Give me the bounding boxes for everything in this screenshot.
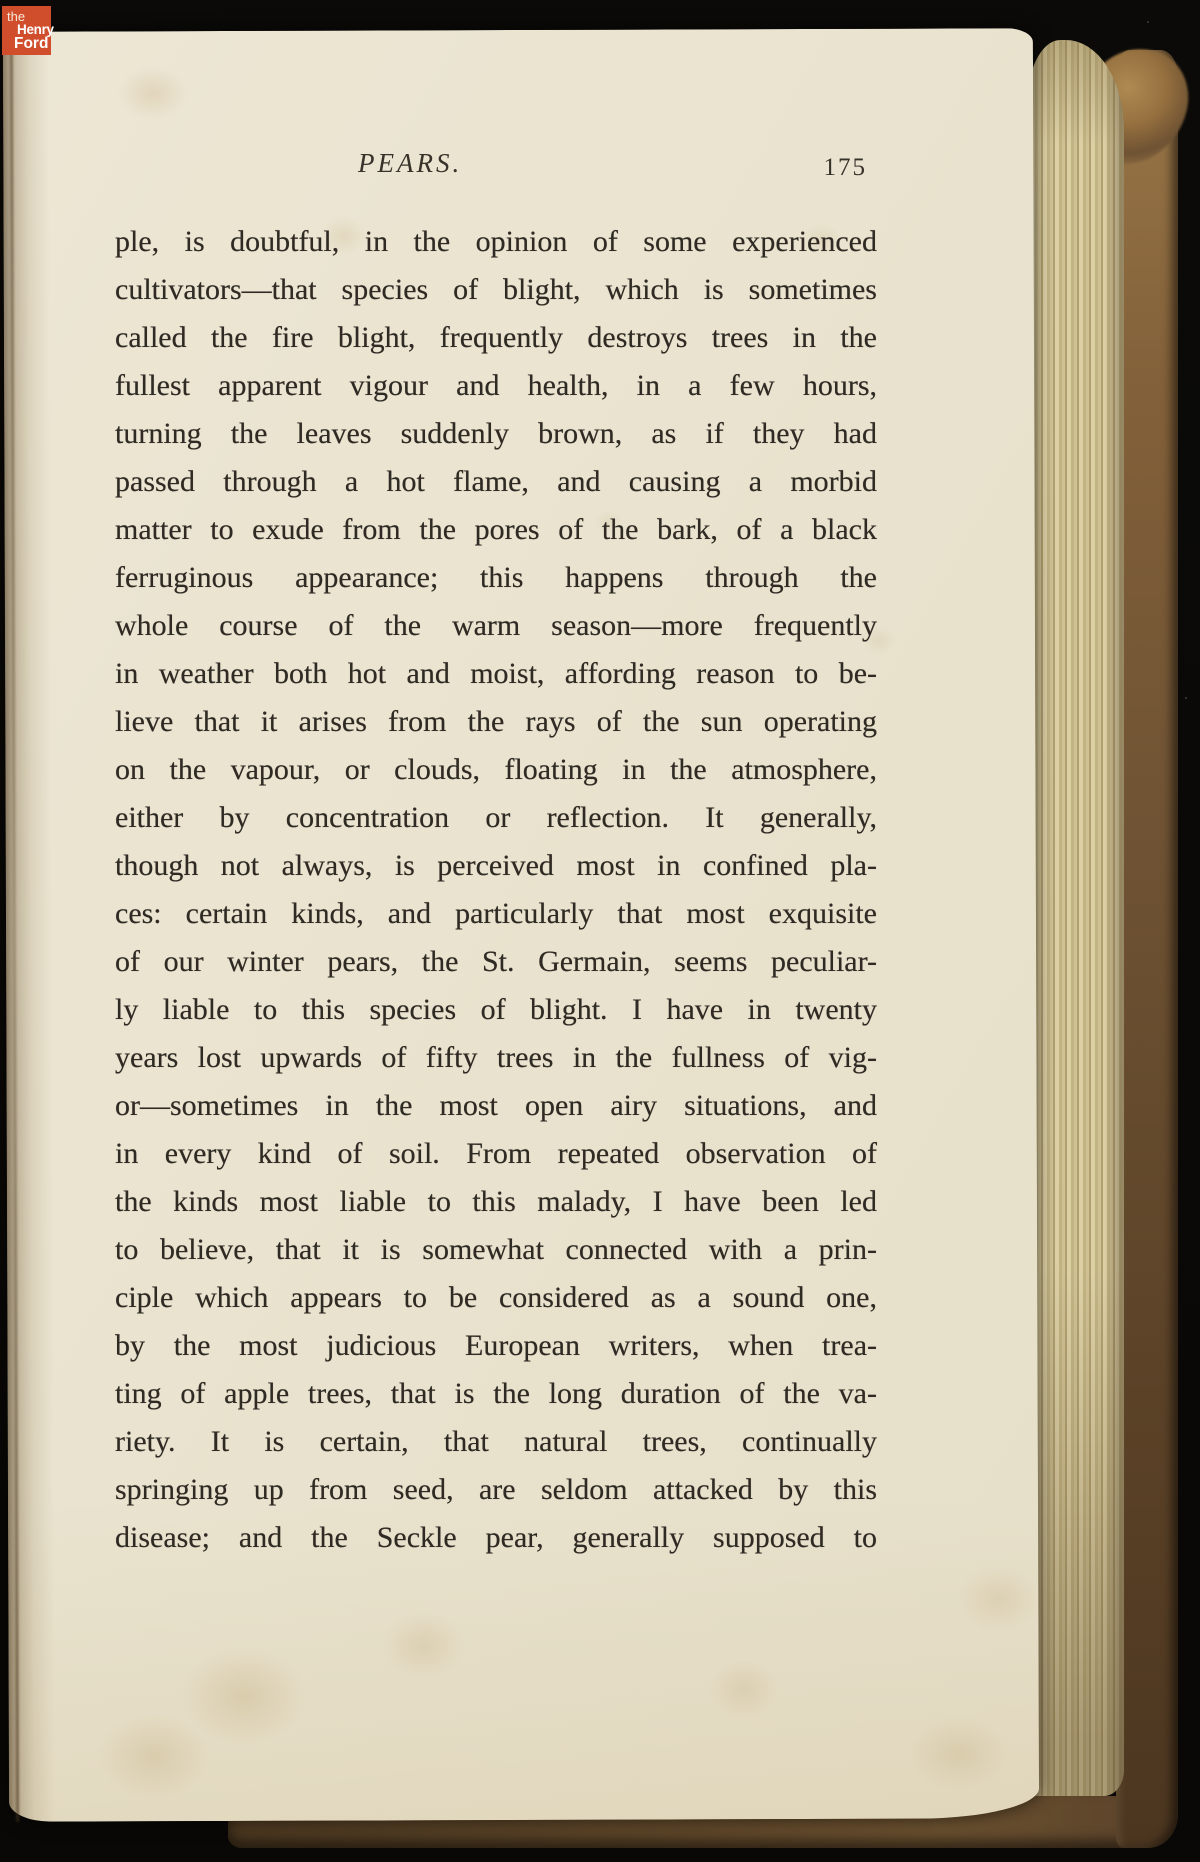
text-line: ple, is doubtful, in the opinion of some…	[115, 218, 877, 266]
text-line: disease; and the Seckle pear, generally …	[115, 1514, 877, 1562]
text-line: lieve that it arises from the rays of th…	[115, 698, 877, 746]
page-number: 175	[824, 154, 868, 182]
text-line: the kinds most liable to this malady, I …	[115, 1178, 877, 1226]
text-line: in weather both hot and moist, affording…	[115, 650, 877, 698]
text-line: ciple which appears to be considered as …	[115, 1274, 877, 1322]
text-line: cultivators—that species of blight, whic…	[115, 266, 877, 314]
leather-cover-right-edge	[1116, 50, 1178, 1848]
text-line: whole course of the warm season—more fre…	[115, 602, 877, 650]
running-head: PEARS. 175	[115, 148, 875, 188]
text-line: ferruginous appearance; this happens thr…	[115, 554, 877, 602]
text-line: passed through a hot flame, and causing …	[115, 458, 877, 506]
text-line: matter to exude from the pores of the ba…	[115, 506, 877, 554]
logo-word-ford: Ford	[14, 35, 48, 53]
henry-ford-logo: the Henry Ford	[2, 6, 51, 55]
text-line: turning the leaves suddenly brown, as if…	[115, 410, 877, 458]
text-line: or—sometimes in the most open airy situa…	[115, 1082, 877, 1130]
text-line: of our winter pears, the St. Germain, se…	[115, 938, 877, 986]
book-fore-edge-pages	[1026, 40, 1124, 1796]
text-line: either by concentration or reflection. I…	[115, 794, 877, 842]
text-column: ple, is doubtful, in the opinion of some…	[115, 218, 877, 1562]
text-line: though not always, is perceived most in …	[115, 842, 877, 890]
book-photo-scene: PEARS. 175 ple, is doubtful, in the opin…	[0, 0, 1200, 1862]
text-line: springing up from seed, are seldom attac…	[115, 1466, 877, 1514]
text-line: called the fire blight, frequently destr…	[115, 314, 877, 362]
text-line: by the most judicious European writers, …	[115, 1322, 877, 1370]
text-line: on the vapour, or clouds, floating in th…	[115, 746, 877, 794]
text-line: ting of apple trees, that is the long du…	[115, 1370, 877, 1418]
text-line: riety. It is certain, that natural trees…	[115, 1418, 877, 1466]
text-line: ly liable to this species of blight. I h…	[115, 986, 877, 1034]
text-line: ces: certain kinds, and particularly tha…	[115, 890, 877, 938]
text-line: years lost upwards of fifty trees in the…	[115, 1034, 877, 1082]
page-title: PEARS.	[358, 148, 462, 179]
text-line: to believe, that it is somewhat connecte…	[115, 1226, 877, 1274]
page-gutter-shadow	[3, 32, 55, 1822]
text-line: fullest apparent vigour and health, in a…	[115, 362, 877, 410]
text-line: in every kind of soil. From repeated obs…	[115, 1130, 877, 1178]
